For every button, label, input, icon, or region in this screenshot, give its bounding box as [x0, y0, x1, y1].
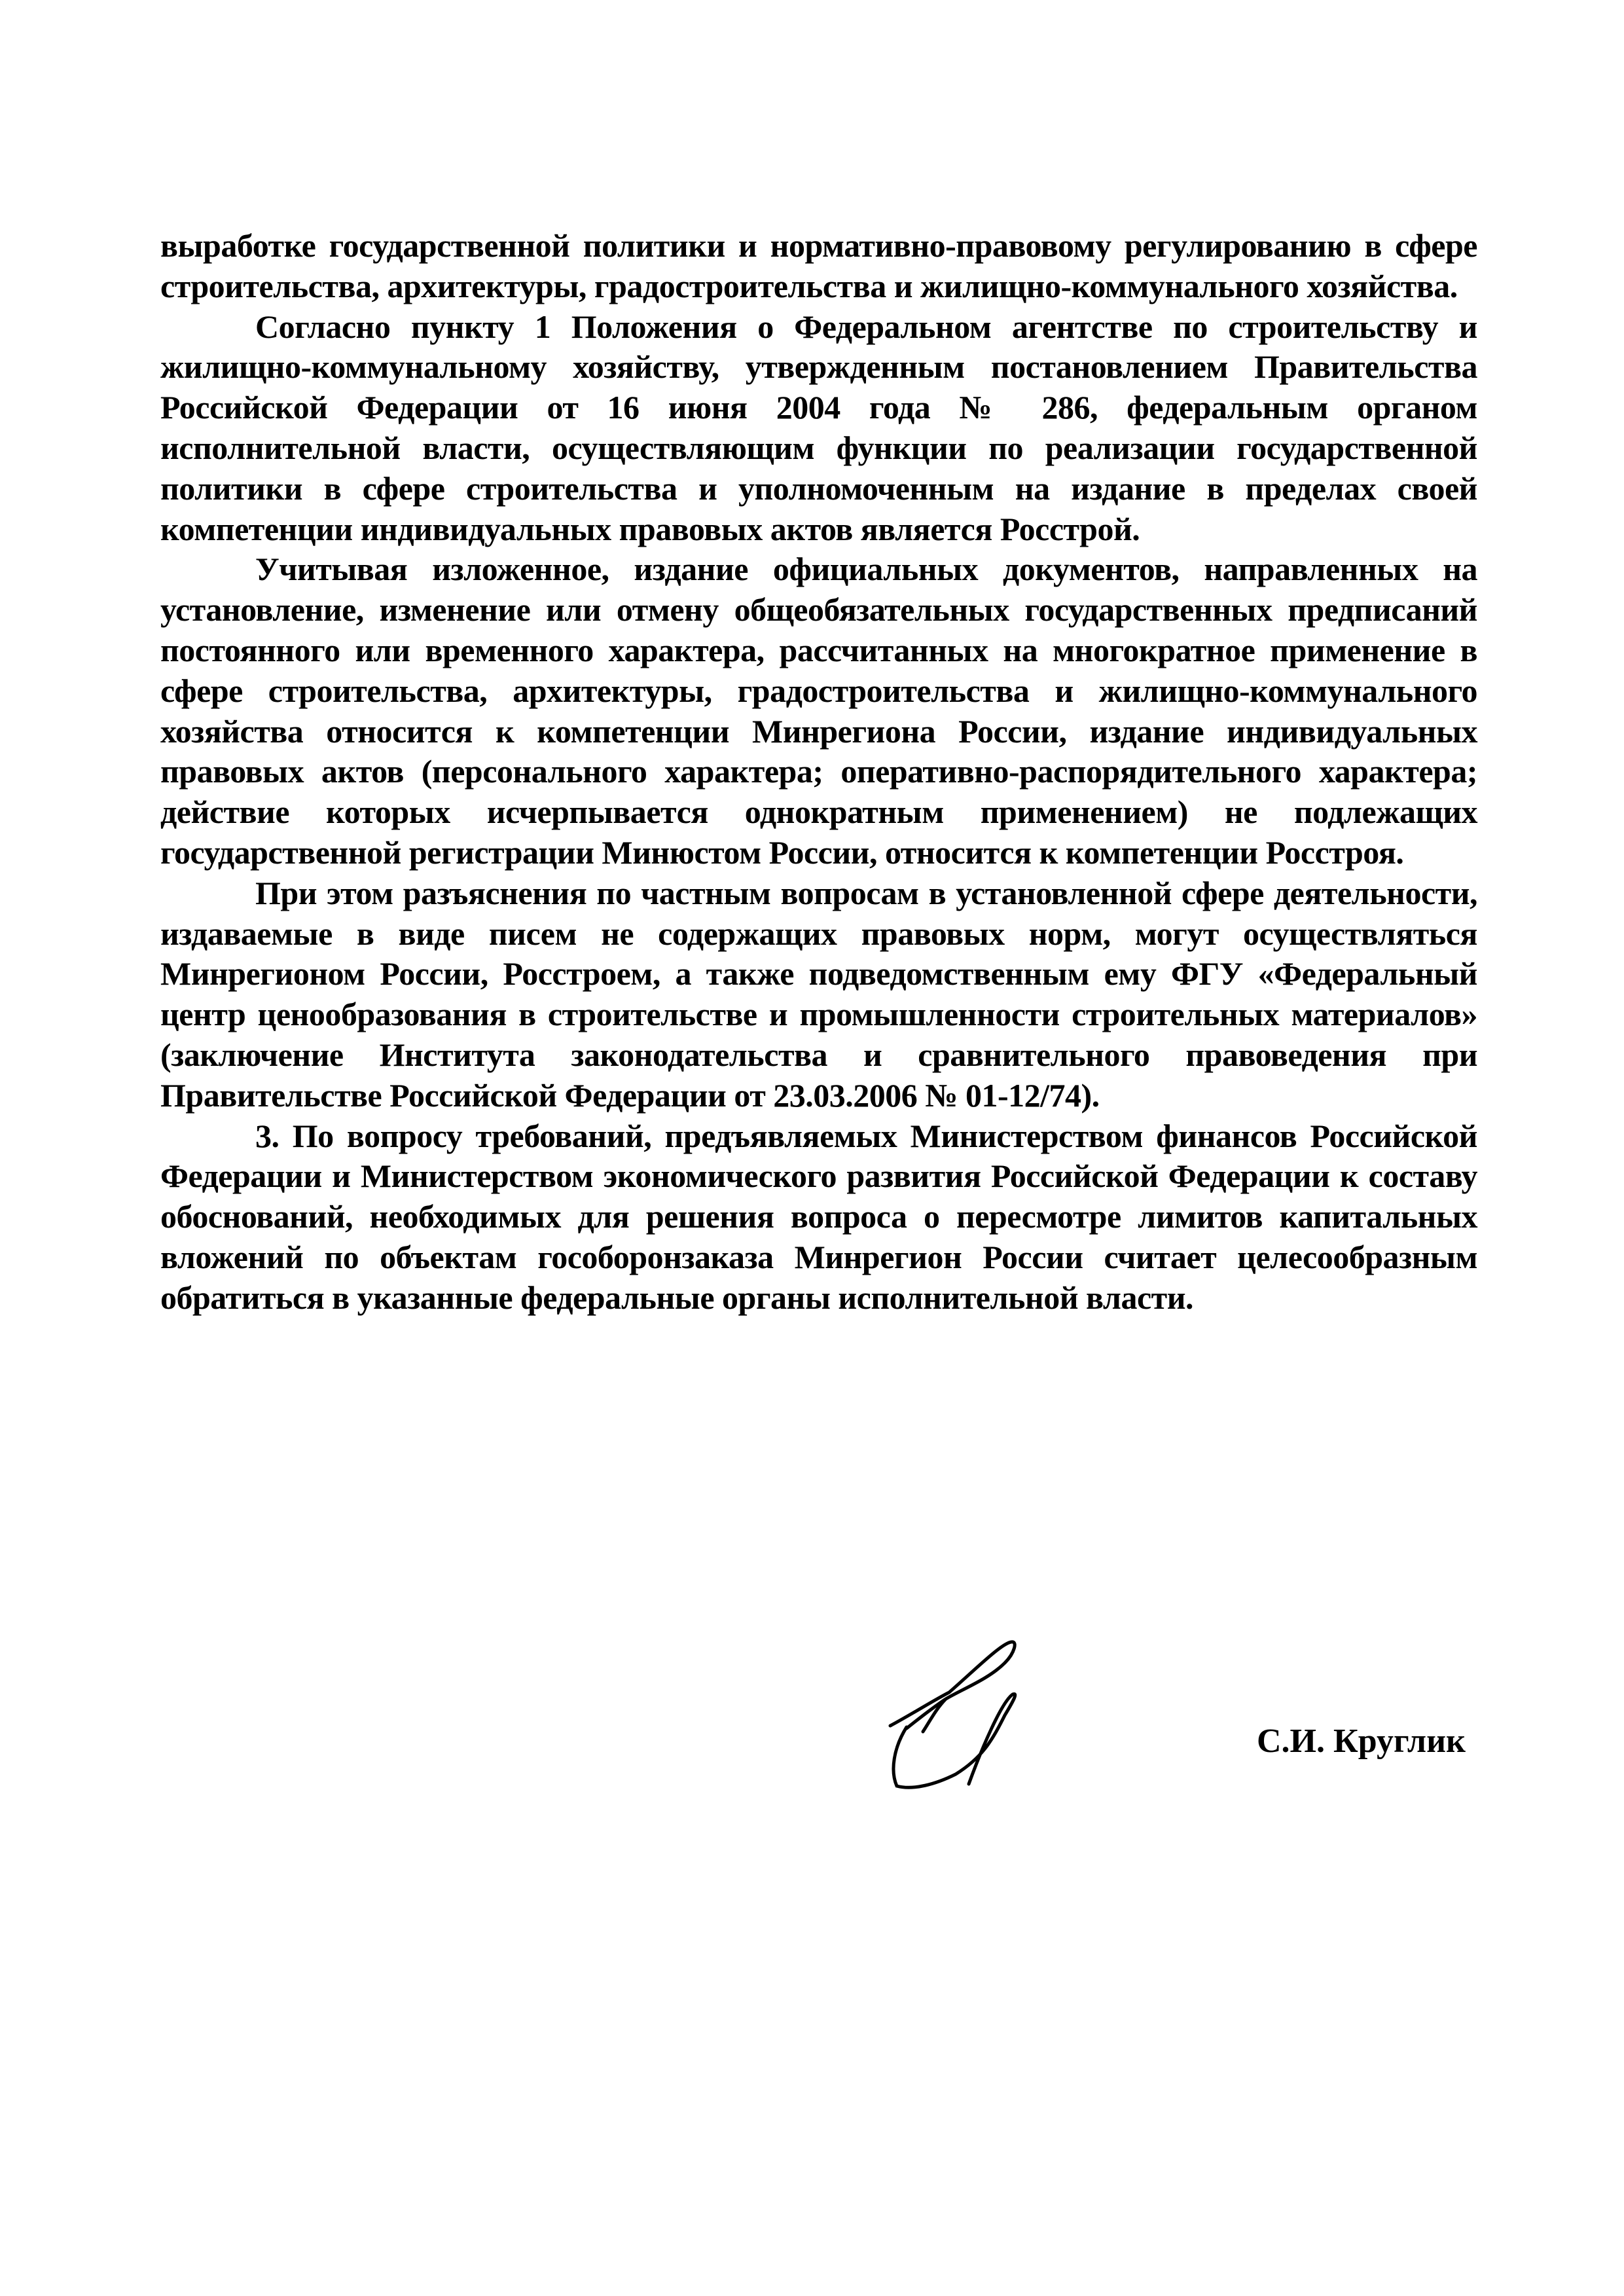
document-body: выработке государственной политики и нор…: [160, 226, 1477, 1319]
signature-block: С.И. Круглик: [884, 1637, 1486, 1807]
paragraph-1: выработке государственной политики и нор…: [160, 226, 1477, 307]
handwritten-signature-icon: [884, 1637, 1034, 1794]
paragraph-3: Учитывая изложенное, издание официальных…: [160, 549, 1477, 873]
paragraph-5: 3. По вопросу требований, предъявляемых …: [160, 1116, 1477, 1319]
paragraph-4: При этом разъяснения по частным вопросам…: [160, 873, 1477, 1116]
signer-name: С.И. Круглик: [1257, 1722, 1466, 1760]
paragraph-2: Согласно пункту 1 Положения о Федерально…: [160, 307, 1477, 550]
